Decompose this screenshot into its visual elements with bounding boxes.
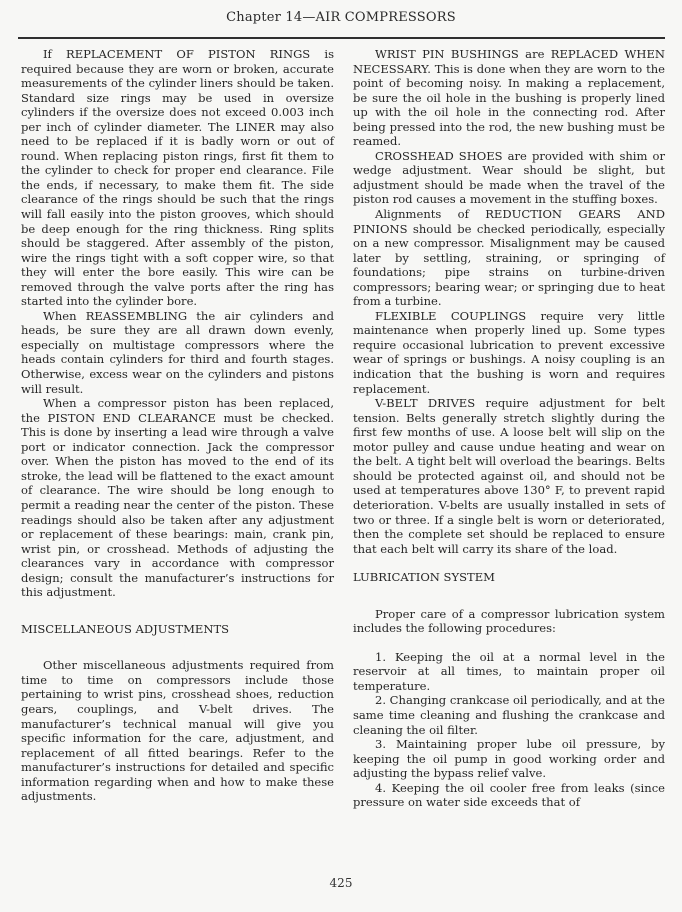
left-column: If REPLACEMENT OF PISTON RINGS is requir… — [21, 47, 334, 804]
chapter-header: Chapter 14—AIR COMPRESSORS — [0, 10, 682, 25]
paragraph-piston-rings: If REPLACEMENT OF PISTON RINGS is requir… — [21, 47, 334, 309]
section-heading-lubrication-system: LUBRICATION SYSTEM — [353, 570, 665, 585]
procedure-item-3: 3. Maintaining proper lube oil pressure,… — [353, 737, 665, 781]
section-heading-misc-adjustments: MISCELLANEOUS ADJUSTMENTS — [21, 622, 334, 637]
header-rule — [18, 37, 665, 39]
paragraph-reassembling: When REASSEMBLING the air cylinders and … — [21, 309, 334, 396]
paragraph-flexible-couplings: FLEXIBLE COUPLINGS require very little m… — [353, 309, 665, 396]
spacer — [21, 636, 334, 658]
procedure-item-1: 1. Keeping the oil at a normal level in … — [353, 650, 665, 694]
paragraph-crosshead-shoes: CROSSHEAD SHOES are provided with shim o… — [353, 149, 665, 207]
procedure-item-4: 4. Keeping the oil cooler free from leak… — [353, 781, 665, 810]
paragraph-lubrication-intro: Proper care of a compressor lubrication … — [353, 607, 665, 636]
page-number: 425 — [0, 876, 682, 890]
paragraph-reduction-gears: Alignments of REDUCTION GEARS AND PINION… — [353, 207, 665, 309]
spacer — [21, 600, 334, 622]
spacer — [353, 636, 665, 650]
right-column: WRIST PIN BUSHINGS are REPLACED WHEN NEC… — [353, 47, 665, 810]
spacer — [353, 556, 665, 570]
paragraph-piston-end-clearance: When a compressor piston has been replac… — [21, 396, 334, 600]
spacer — [353, 585, 665, 607]
paragraph-wrist-pin-bushings: WRIST PIN BUSHINGS are REPLACED WHEN NEC… — [353, 47, 665, 149]
procedure-item-2: 2. Changing crankcase oil periodically, … — [353, 693, 665, 737]
paragraph-other-adjustments: Other miscellaneous adjustments required… — [21, 658, 334, 803]
paragraph-v-belt-drives: V-BELT DRIVES require adjustment for bel… — [353, 396, 665, 556]
